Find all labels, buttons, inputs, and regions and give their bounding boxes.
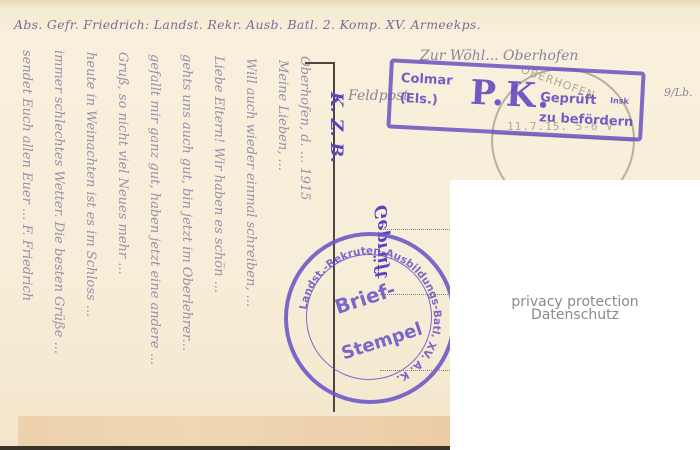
bottom-edge bbox=[0, 446, 450, 450]
privacy-overlay: privacy protection Datenschutz bbox=[450, 180, 700, 450]
message-line: Will auch wieder einmal schreiben, ... bbox=[243, 58, 258, 307]
message-line: Oberhofen, d. ... 1915 bbox=[297, 56, 312, 200]
top-edge bbox=[0, 0, 700, 8]
message-line: heute in Weinachten ist es im Schloss ..… bbox=[83, 52, 98, 317]
message-line: Liebe Eltern! Wir haben es schön ... bbox=[211, 56, 226, 293]
postcard-back: Abs. Gefr. Friedrich: Landst. Rekr. Ausb… bbox=[0, 0, 700, 450]
bottom-stain-strip bbox=[18, 416, 450, 450]
unit-round-stamp: Landst.-Rekruten-Ausbildungs-Batl. XV. A… bbox=[284, 232, 456, 404]
sender-line: Abs. Gefr. Friedrich: Landst. Rekr. Ausb… bbox=[14, 17, 481, 32]
message-line: gehts uns auch gut, bin jetzt im Oberleh… bbox=[179, 54, 194, 351]
message-line: Meine Lieben, ... bbox=[275, 60, 290, 171]
divider-horizontal bbox=[305, 62, 335, 64]
censor-checked: Geprüft bbox=[540, 90, 597, 108]
message-line: sendet Euch allen Euer ... F. Friedrich bbox=[19, 50, 34, 301]
round-stamp-inner-ring bbox=[306, 254, 432, 380]
message-line: immer schlechtes Wetter. Die besten Grüß… bbox=[51, 50, 66, 354]
censor-city: Colmar bbox=[401, 71, 453, 89]
censor-forward: zu befördern bbox=[539, 110, 634, 130]
message-line: gefallt mir ganz gut, haben jetzt eine a… bbox=[147, 54, 162, 365]
privacy-label-de: Datenschutz bbox=[450, 307, 700, 323]
censor-region: (Els.) bbox=[400, 91, 439, 108]
vertical-stamp-initials: K. Z. B. bbox=[326, 92, 346, 163]
censor-small: Insk bbox=[610, 96, 629, 106]
message-line: Gruß, so nicht viel Neues mehr ... bbox=[115, 52, 130, 275]
address-note: 9/Lb. bbox=[664, 86, 693, 99]
censor-stamp: Colmar (Els.) P.K. Geprüft Insk zu beför… bbox=[386, 58, 645, 141]
